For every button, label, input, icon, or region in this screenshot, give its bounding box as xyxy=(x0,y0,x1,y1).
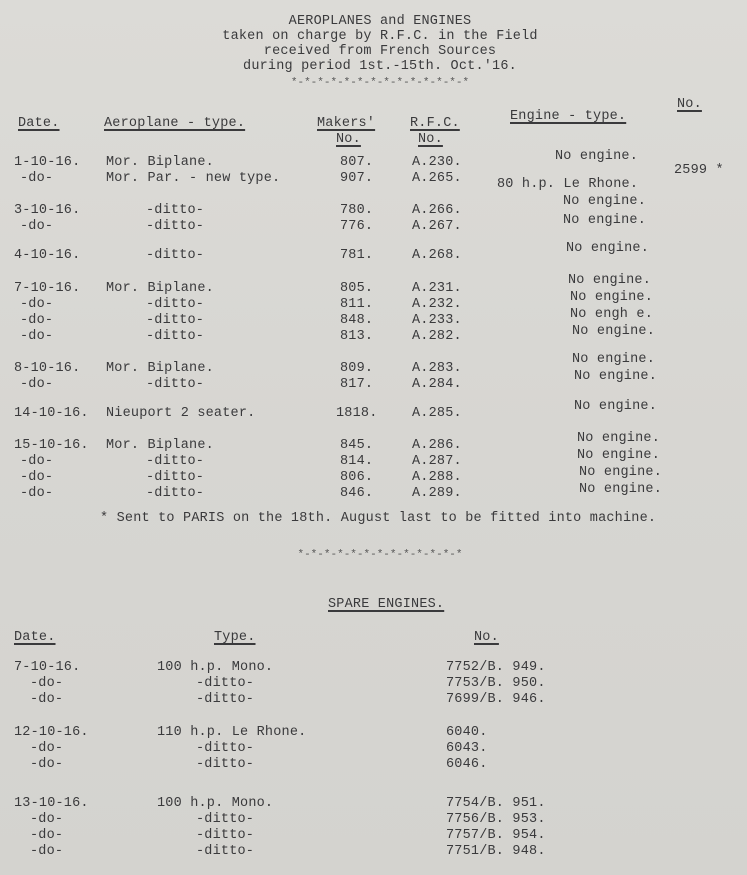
cell-makers-no: 809. xyxy=(340,361,373,377)
cell-date: 7-10-16. xyxy=(14,660,80,676)
cell-rfc-no: A.268. xyxy=(412,248,462,264)
header-makers-no: No. xyxy=(336,132,361,148)
typed-document-page: AEROPLANES and ENGINES taken on charge b… xyxy=(0,0,747,875)
cell-engine-type: -ditto- xyxy=(196,757,254,773)
cell-aeroplane-type: -ditto- xyxy=(146,203,204,219)
cell-rfc-no: A.287. xyxy=(412,454,462,470)
cell-engine-no: 7754/B. 951. xyxy=(446,796,546,812)
cell-engine-type: No engine. xyxy=(574,369,657,385)
doc-title: AEROPLANES and ENGINES xyxy=(180,14,580,30)
cell-aeroplane-type: -ditto- xyxy=(146,313,204,329)
cell-rfc-no: A.266. xyxy=(412,203,462,219)
cell-aeroplane-type: Mor. Biplane. xyxy=(106,155,214,171)
cell-rfc-no: A.232. xyxy=(412,297,462,313)
header-engine-no: No. xyxy=(677,97,702,113)
header-date: Date. xyxy=(18,116,60,132)
cell-date: 14-10-16. xyxy=(14,406,89,422)
section-separator: *-*-*-*-*-*-*-*-*-*-*-*-* xyxy=(220,547,540,563)
doc-subtitle-1: taken on charge by R.F.C. in the Field xyxy=(180,29,580,45)
cell-aeroplane-type: -ditto- xyxy=(146,486,204,502)
cell-engine-type: No engine. xyxy=(577,431,660,447)
spare-engines-title: SPARE ENGINES. xyxy=(328,597,444,613)
cell-engine-type: -ditto- xyxy=(196,828,254,844)
cell-date: 1-10-16. xyxy=(14,155,80,171)
cell-rfc-no: A.233. xyxy=(412,313,462,329)
cell-date: -do- xyxy=(30,676,63,692)
cell-makers-no: 781. xyxy=(340,248,373,264)
cell-engine-type: -ditto- xyxy=(196,812,254,828)
cell-engine-no: 2599 * xyxy=(674,163,724,179)
cell-date: -do- xyxy=(20,486,53,502)
cell-engine-type: No engine. xyxy=(563,213,646,229)
cell-date: 13-10-16. xyxy=(14,796,89,812)
cell-makers-no: 811. xyxy=(340,297,373,313)
cell-aeroplane-type: Nieuport 2 seater. xyxy=(106,406,255,422)
cell-engine-no: 6043. xyxy=(446,741,488,757)
cell-aeroplane-type: -ditto- xyxy=(146,454,204,470)
cell-engine-type: -ditto- xyxy=(196,676,254,692)
cell-aeroplane-type: Mor. Biplane. xyxy=(106,361,214,377)
cell-rfc-no: A.282. xyxy=(412,329,462,345)
cell-engine-no: 7751/B. 948. xyxy=(446,844,546,860)
cell-engine-no: 7752/B. 949. xyxy=(446,660,546,676)
cell-aeroplane-type: -ditto- xyxy=(146,377,204,393)
cell-engine-type: No engine. xyxy=(568,273,651,289)
cell-aeroplane-type: -ditto- xyxy=(146,470,204,486)
footnote: * Sent to PARIS on the 18th. August last… xyxy=(100,511,656,527)
cell-makers-no: 846. xyxy=(340,486,373,502)
cell-rfc-no: A.288. xyxy=(412,470,462,486)
cell-makers-no: 805. xyxy=(340,281,373,297)
cell-makers-no: 848. xyxy=(340,313,373,329)
cell-date: -do- xyxy=(20,171,53,187)
cell-aeroplane-type: -ditto- xyxy=(146,329,204,345)
cell-engine-type: No engine. xyxy=(555,149,638,165)
spare-header-date: Date. xyxy=(14,630,56,646)
cell-engine-type: 80 h.p. Le Rhone. xyxy=(497,177,638,193)
cell-engine-type: No engine. xyxy=(572,352,655,368)
header-engine-type: Engine - type. xyxy=(510,109,626,125)
cell-date: 3-10-16. xyxy=(14,203,80,219)
cell-date: -do- xyxy=(20,377,53,393)
cell-date: -do- xyxy=(20,313,53,329)
cell-engine-type: -ditto- xyxy=(196,844,254,860)
cell-date: -do- xyxy=(20,329,53,345)
header-makers: Makers' xyxy=(317,116,375,132)
cell-engine-no: 7753/B. 950. xyxy=(446,676,546,692)
cell-rfc-no: A.265. xyxy=(412,171,462,187)
cell-engine-type: No engine. xyxy=(563,194,646,210)
cell-engine-type: -ditto- xyxy=(196,741,254,757)
cell-rfc-no: A.286. xyxy=(412,438,462,454)
spare-header-no: No. xyxy=(474,630,499,646)
cell-aeroplane-type: Mor. Biplane. xyxy=(106,438,214,454)
doc-subtitle-3: during period 1st.-15th. Oct.'16. xyxy=(180,59,580,75)
cell-makers-no: 814. xyxy=(340,454,373,470)
cell-date: -do- xyxy=(30,692,63,708)
cell-engine-type: No engh e. xyxy=(570,307,653,323)
title-separator: *-*-*-*-*-*-*-*-*-*-*-*-*-* xyxy=(180,75,580,91)
cell-engine-type: No engine. xyxy=(570,290,653,306)
cell-date: -do- xyxy=(30,828,63,844)
cell-engine-no: 7699/B. 946. xyxy=(446,692,546,708)
cell-date: -do- xyxy=(20,219,53,235)
cell-date: -do- xyxy=(20,470,53,486)
header-rfc: R.F.C. xyxy=(410,116,460,132)
cell-date: 4-10-16. xyxy=(14,248,80,264)
cell-rfc-no: A.230. xyxy=(412,155,462,171)
cell-makers-no: 813. xyxy=(340,329,373,345)
header-aeroplane-type: Aeroplane - type. xyxy=(104,116,245,132)
cell-makers-no: 845. xyxy=(340,438,373,454)
cell-date: 12-10-16. xyxy=(14,725,89,741)
cell-rfc-no: A.267. xyxy=(412,219,462,235)
cell-engine-type: 100 h.p. Mono. xyxy=(157,660,273,676)
cell-makers-no: 780. xyxy=(340,203,373,219)
cell-makers-no: 806. xyxy=(340,470,373,486)
cell-date: 15-10-16. xyxy=(14,438,89,454)
cell-rfc-no: A.289. xyxy=(412,486,462,502)
doc-subtitle-2: received from French Sources xyxy=(180,44,580,60)
cell-engine-no: 7757/B. 954. xyxy=(446,828,546,844)
cell-date: 8-10-16. xyxy=(14,361,80,377)
cell-aeroplane-type: -ditto- xyxy=(146,219,204,235)
cell-makers-no: 807. xyxy=(340,155,373,171)
cell-aeroplane-type: -ditto- xyxy=(146,248,204,264)
cell-makers-no: 817. xyxy=(340,377,373,393)
cell-date: 7-10-16. xyxy=(14,281,80,297)
cell-date: -do- xyxy=(30,757,63,773)
cell-makers-no: 1818. xyxy=(336,406,378,422)
cell-engine-type: -ditto- xyxy=(196,692,254,708)
cell-aeroplane-type: -ditto- xyxy=(146,297,204,313)
cell-engine-type: 110 h.p. Le Rhone. xyxy=(157,725,306,741)
cell-date: -do- xyxy=(20,454,53,470)
cell-engine-no: 6040. xyxy=(446,725,488,741)
cell-engine-type: No engine. xyxy=(579,465,662,481)
header-rfc-no: No. xyxy=(418,132,443,148)
cell-rfc-no: A.231. xyxy=(412,281,462,297)
spare-header-type: Type. xyxy=(214,630,256,646)
cell-aeroplane-type: Mor. Par. - new type. xyxy=(106,171,280,187)
cell-engine-type: No engine. xyxy=(577,448,660,464)
cell-makers-no: 776. xyxy=(340,219,373,235)
cell-engine-type: No engine. xyxy=(572,324,655,340)
cell-date: -do- xyxy=(20,297,53,313)
cell-aeroplane-type: Mor. Biplane. xyxy=(106,281,214,297)
cell-engine-no: 7756/B. 953. xyxy=(446,812,546,828)
cell-engine-type: 100 h.p. Mono. xyxy=(157,796,273,812)
cell-rfc-no: A.283. xyxy=(412,361,462,377)
cell-engine-type: No engine. xyxy=(566,241,649,257)
cell-date: -do- xyxy=(30,844,63,860)
cell-rfc-no: A.284. xyxy=(412,377,462,393)
cell-rfc-no: A.285. xyxy=(412,406,462,422)
cell-date: -do- xyxy=(30,741,63,757)
cell-engine-type: No engine. xyxy=(574,399,657,415)
cell-makers-no: 907. xyxy=(340,171,373,187)
cell-engine-type: No engine. xyxy=(579,482,662,498)
cell-engine-no: 6046. xyxy=(446,757,488,773)
cell-date: -do- xyxy=(30,812,63,828)
